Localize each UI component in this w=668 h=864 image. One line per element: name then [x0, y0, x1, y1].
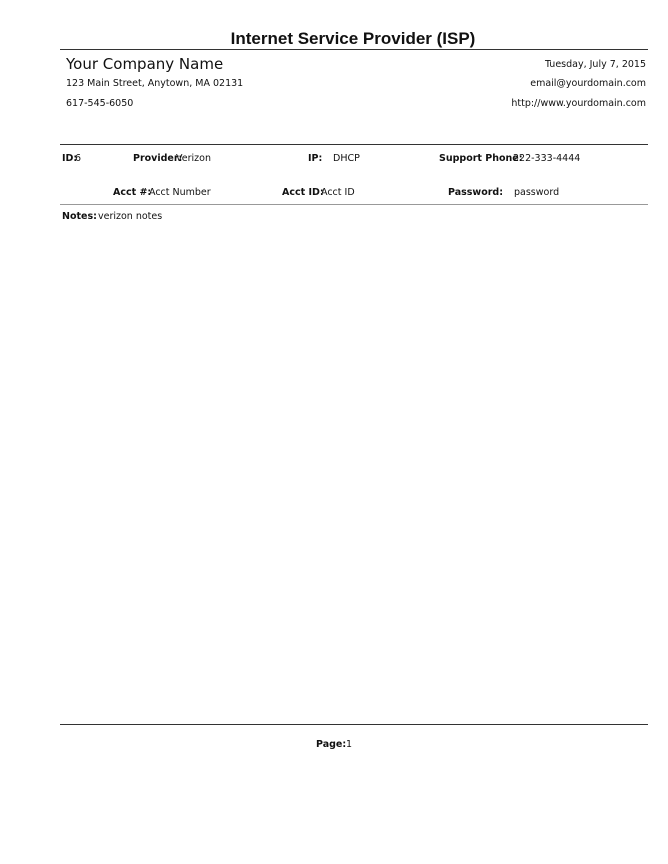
- header-divider: [60, 144, 648, 145]
- ip-label: IP:: [308, 153, 322, 164]
- provider-label: Provider:: [133, 153, 182, 164]
- support-phone-value: 222-333-4444: [513, 153, 580, 164]
- company-email[interactable]: email@yourdomain.com: [530, 78, 646, 89]
- acct-num-label: Acct #:: [113, 187, 151, 198]
- record-divider: [60, 204, 648, 205]
- password-label: Password:: [448, 187, 503, 198]
- company-phone: 617-545-6050: [66, 98, 133, 109]
- report-title: Internet Service Provider (ISP): [0, 29, 668, 49]
- password-value: password: [514, 187, 559, 198]
- page-number: 1: [346, 739, 352, 750]
- company-website[interactable]: http://www.yourdomain.com: [511, 98, 646, 109]
- page-label: Page:: [316, 739, 346, 750]
- support-phone-label: Support Phone:: [439, 153, 523, 164]
- footer-divider: [60, 724, 648, 725]
- id-value: 6: [75, 153, 81, 164]
- acct-id-value: Acct ID: [321, 187, 355, 198]
- acct-id-label: Acct ID:: [282, 187, 324, 198]
- notes-label: Notes:: [62, 211, 97, 222]
- ip-value: DHCP: [333, 153, 360, 164]
- provider-value: Verizon: [176, 153, 211, 164]
- acct-num-value: Acct Number: [149, 187, 211, 198]
- notes-value: verizon notes: [98, 211, 162, 222]
- company-name: Your Company Name: [66, 55, 223, 73]
- title-divider: [60, 49, 648, 50]
- company-address: 123 Main Street, Anytown, MA 02131: [66, 78, 243, 89]
- report-date: Tuesday, July 7, 2015: [545, 59, 646, 70]
